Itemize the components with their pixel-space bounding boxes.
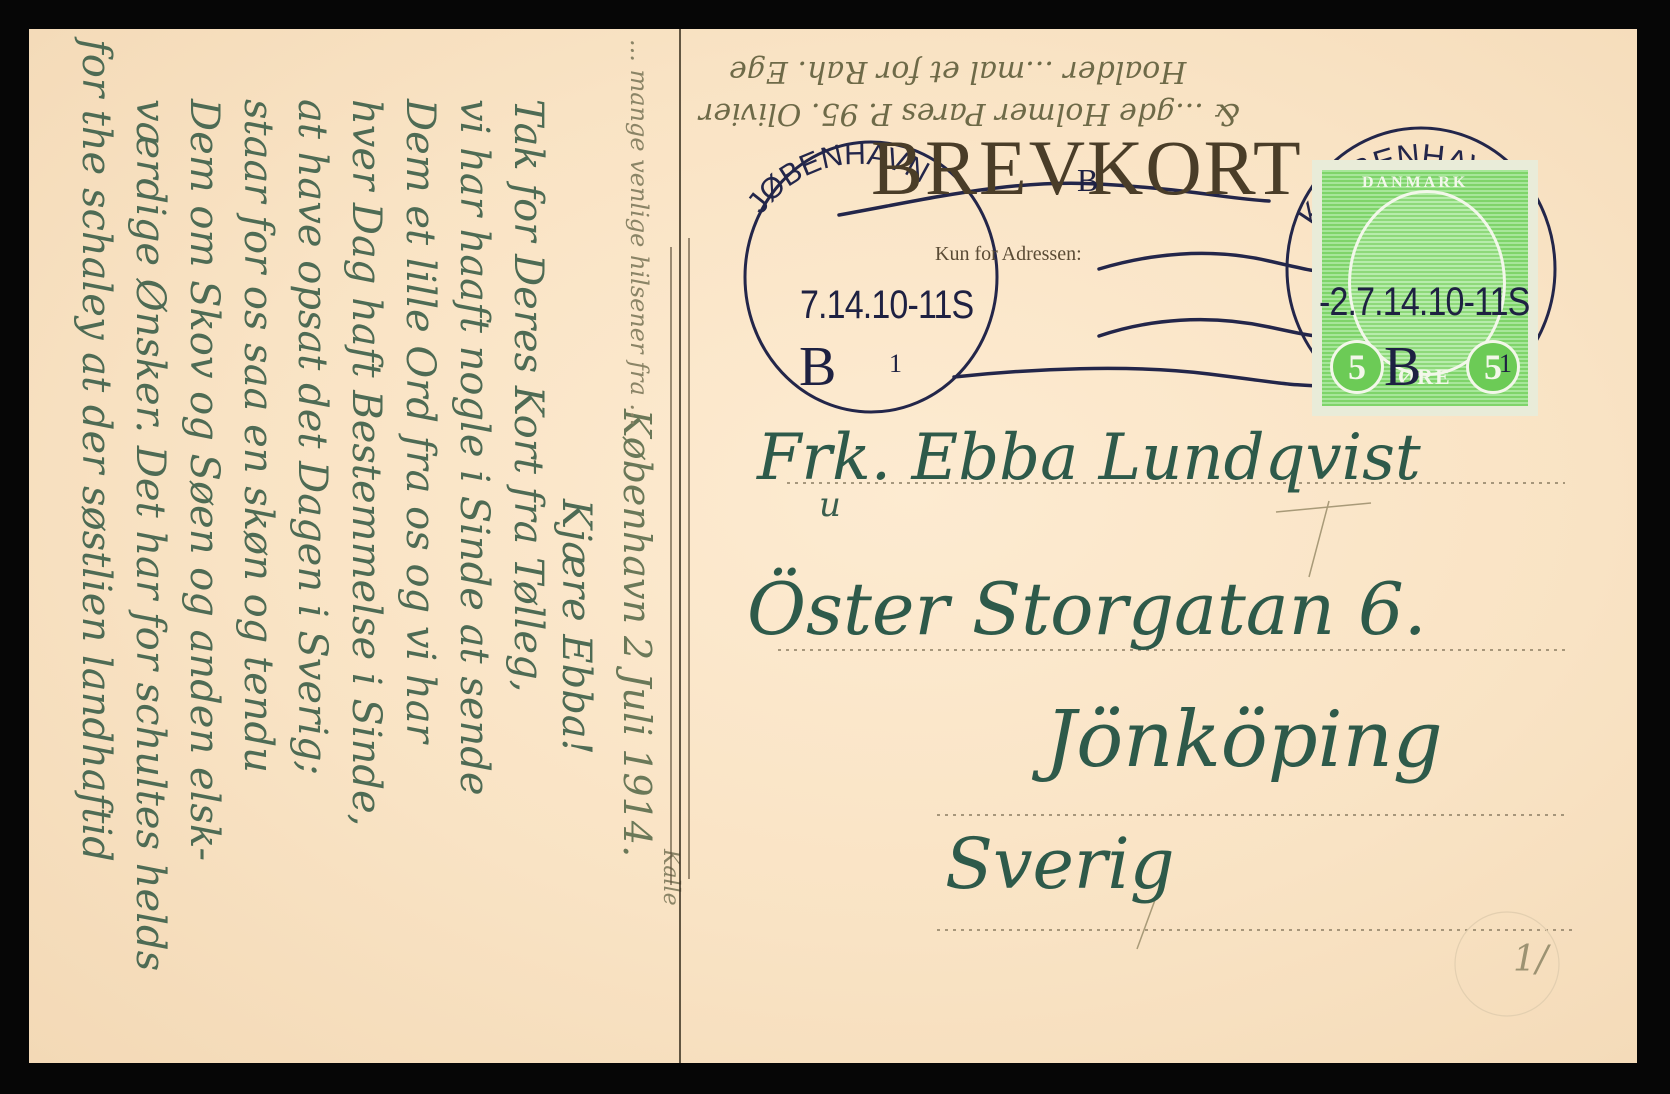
- address-country: Sverig: [945, 823, 1175, 905]
- address-recipient: Frk. Ebba Lundqvist: [757, 421, 1421, 495]
- postmark-left-number: 1: [889, 351, 902, 377]
- address-city: Jönköping: [1045, 695, 1443, 785]
- stamp-country: DANMARK: [1362, 174, 1468, 192]
- machine-cancel-letter: B: [1077, 164, 1098, 196]
- address-street: Öster Storgatan 6.: [747, 567, 1427, 651]
- postmark-right-date: -2.7.14.10-11S: [1319, 280, 1530, 325]
- postcard-scan: København 2 Juli 1914. Kjære Ebba! Tak f…: [0, 0, 1670, 1094]
- top-note-line: Hoalder ...mal et for Rah. Ege: [729, 54, 1186, 89]
- postmark-left-date: 7.14.10-11S: [800, 283, 973, 328]
- postmark-right-letter: B: [1384, 339, 1421, 395]
- card-subtitle: Kun for Adressen:: [935, 243, 1082, 266]
- postmark-left-letter: B: [799, 339, 836, 395]
- postmark-right-number: 1: [1499, 351, 1512, 377]
- top-note-line: & ...gde Holmer Pares P. 95. Olivier: [699, 96, 1240, 131]
- address-mark: u: [819, 485, 841, 525]
- postcard: København 2 Juli 1914. Kjære Ebba! Tak f…: [29, 29, 1637, 1063]
- top-upside-down-notes: Hoalder ...mal et for Rah. Ege & ...gde …: [689, 29, 1589, 139]
- stamp-value-left: 5: [1330, 340, 1384, 394]
- corner-pencil-mark: 1/: [1513, 939, 1548, 980]
